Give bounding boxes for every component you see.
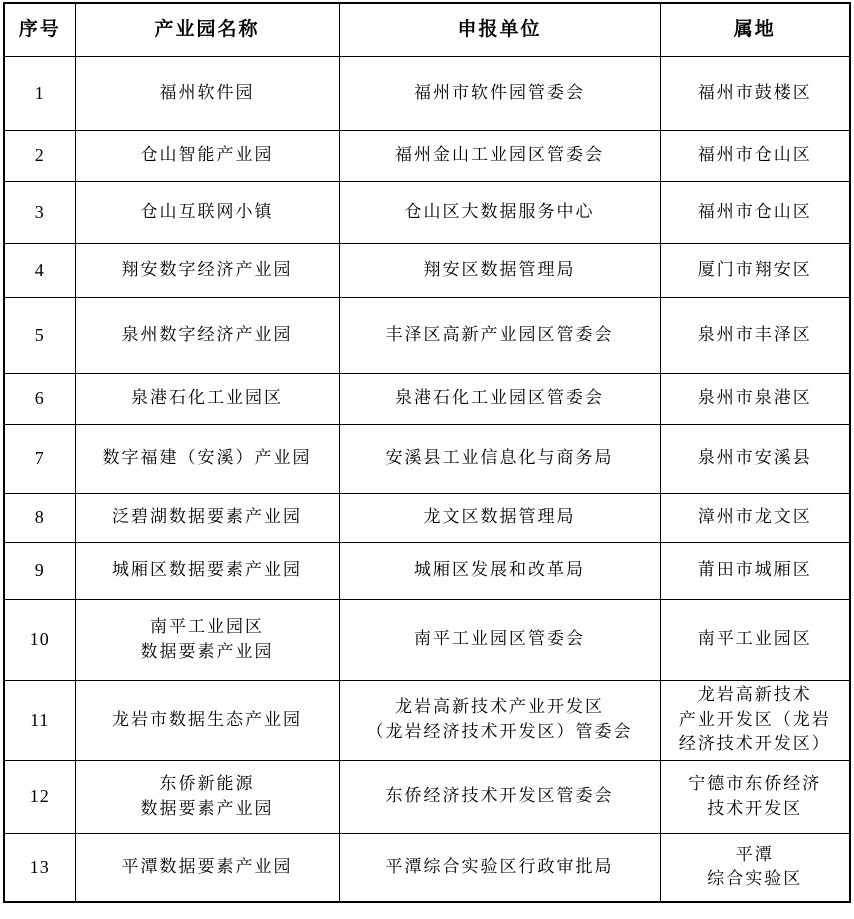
cell-declaring-unit: 东侨经济技术开发区管委会: [339, 760, 660, 833]
cell-park-name: 翔安数字经济产业园: [75, 243, 339, 297]
cell-location: 平潭 综合实验区: [660, 833, 850, 902]
table-row: 7数字福建（安溪）产业园安溪县工业信息化与商务局泉州市安溪县: [4, 424, 850, 493]
cell-index: 4: [4, 243, 75, 297]
cell-declaring-unit: 仓山区大数据服务中心: [339, 181, 660, 243]
cell-location: 厦门市翔安区: [660, 243, 850, 297]
cell-location: 福州市鼓楼区: [660, 56, 850, 130]
cell-declaring-unit: 泉港石化工业园区管委会: [339, 373, 660, 424]
table-row: 2仓山智能产业园福州金山工业园区管委会福州市仓山区: [4, 130, 850, 181]
cell-location: 莆田市城厢区: [660, 542, 850, 599]
table-row: 13平潭数据要素产业园平潭综合实验区行政审批局平潭 综合实验区: [4, 833, 850, 902]
cell-park-name: 东侨新能源 数据要素产业园: [75, 760, 339, 833]
cell-park-name: 泛碧湖数据要素产业园: [75, 493, 339, 542]
header-location: 属地: [660, 3, 850, 56]
cell-park-name: 龙岩市数据生态产业园: [75, 680, 339, 760]
table-row: 9城厢区数据要素产业园城厢区发展和改革局莆田市城厢区: [4, 542, 850, 599]
table-row: 5泉州数字经济产业园丰泽区高新产业园区管委会泉州市丰泽区: [4, 297, 850, 373]
cell-index: 9: [4, 542, 75, 599]
cell-park-name: 仓山智能产业园: [75, 130, 339, 181]
table-row: 3仓山互联网小镇仓山区大数据服务中心福州市仓山区: [4, 181, 850, 243]
cell-index: 1: [4, 56, 75, 130]
cell-location: 泉州市泉港区: [660, 373, 850, 424]
table-row: 10南平工业园区 数据要素产业园南平工业园区管委会南平工业园区: [4, 599, 850, 680]
cell-declaring-unit: 丰泽区高新产业园区管委会: [339, 297, 660, 373]
cell-park-name: 泉港石化工业园区: [75, 373, 339, 424]
cell-location: 南平工业园区: [660, 599, 850, 680]
table-row: 6泉港石化工业园区泉港石化工业园区管委会泉州市泉港区: [4, 373, 850, 424]
cell-declaring-unit: 城厢区发展和改革局: [339, 542, 660, 599]
table-row: 1福州软件园福州市软件园管委会福州市鼓楼区: [4, 56, 850, 130]
cell-location: 宁德市东侨经济 技术开发区: [660, 760, 850, 833]
cell-park-name: 泉州数字经济产业园: [75, 297, 339, 373]
cell-location: 福州市仓山区: [660, 181, 850, 243]
cell-index: 3: [4, 181, 75, 243]
cell-index: 2: [4, 130, 75, 181]
cell-location: 福州市仓山区: [660, 130, 850, 181]
header-park-name: 产业园名称: [75, 3, 339, 56]
cell-declaring-unit: 福州市软件园管委会: [339, 56, 660, 130]
cell-declaring-unit: 龙文区数据管理局: [339, 493, 660, 542]
cell-declaring-unit: 平潭综合实验区行政审批局: [339, 833, 660, 902]
cell-index: 13: [4, 833, 75, 902]
cell-park-name: 平潭数据要素产业园: [75, 833, 339, 902]
cell-location: 泉州市丰泽区: [660, 297, 850, 373]
cell-index: 6: [4, 373, 75, 424]
table-row: 12东侨新能源 数据要素产业园东侨经济技术开发区管委会宁德市东侨经济 技术开发区: [4, 760, 850, 833]
cell-index: 7: [4, 424, 75, 493]
table-row: 8泛碧湖数据要素产业园龙文区数据管理局漳州市龙文区: [4, 493, 850, 542]
table-header-row: 序号 产业园名称 申报单位 属地: [4, 3, 850, 56]
header-declaring-unit: 申报单位: [339, 3, 660, 56]
cell-park-name: 仓山互联网小镇: [75, 181, 339, 243]
cell-index: 11: [4, 680, 75, 760]
cell-park-name: 南平工业园区 数据要素产业园: [75, 599, 339, 680]
document-page: 序号 产业园名称 申报单位 属地 1福州软件园福州市软件园管委会福州市鼓楼区2仓…: [0, 0, 854, 919]
table-row: 11龙岩市数据生态产业园龙岩高新技术产业开发区 （龙岩经济技术开发区）管委会龙岩…: [4, 680, 850, 760]
cell-park-name: 城厢区数据要素产业园: [75, 542, 339, 599]
cell-declaring-unit: 南平工业园区管委会: [339, 599, 660, 680]
cell-declaring-unit: 安溪县工业信息化与商务局: [339, 424, 660, 493]
header-index: 序号: [4, 3, 75, 56]
table-body: 1福州软件园福州市软件园管委会福州市鼓楼区2仓山智能产业园福州金山工业园区管委会…: [4, 56, 850, 902]
cell-location: 漳州市龙文区: [660, 493, 850, 542]
cell-park-name: 数字福建（安溪）产业园: [75, 424, 339, 493]
cell-declaring-unit: 龙岩高新技术产业开发区 （龙岩经济技术开发区）管委会: [339, 680, 660, 760]
cell-declaring-unit: 翔安区数据管理局: [339, 243, 660, 297]
cell-declaring-unit: 福州金山工业园区管委会: [339, 130, 660, 181]
cell-index: 10: [4, 599, 75, 680]
cell-location: 龙岩高新技术 产业开发区（龙岩 经济技术开发区）: [660, 680, 850, 760]
cell-index: 8: [4, 493, 75, 542]
industrial-parks-table: 序号 产业园名称 申报单位 属地 1福州软件园福州市软件园管委会福州市鼓楼区2仓…: [3, 2, 851, 903]
cell-index: 5: [4, 297, 75, 373]
cell-index: 12: [4, 760, 75, 833]
cell-park-name: 福州软件园: [75, 56, 339, 130]
table-row: 4翔安数字经济产业园翔安区数据管理局厦门市翔安区: [4, 243, 850, 297]
cell-location: 泉州市安溪县: [660, 424, 850, 493]
